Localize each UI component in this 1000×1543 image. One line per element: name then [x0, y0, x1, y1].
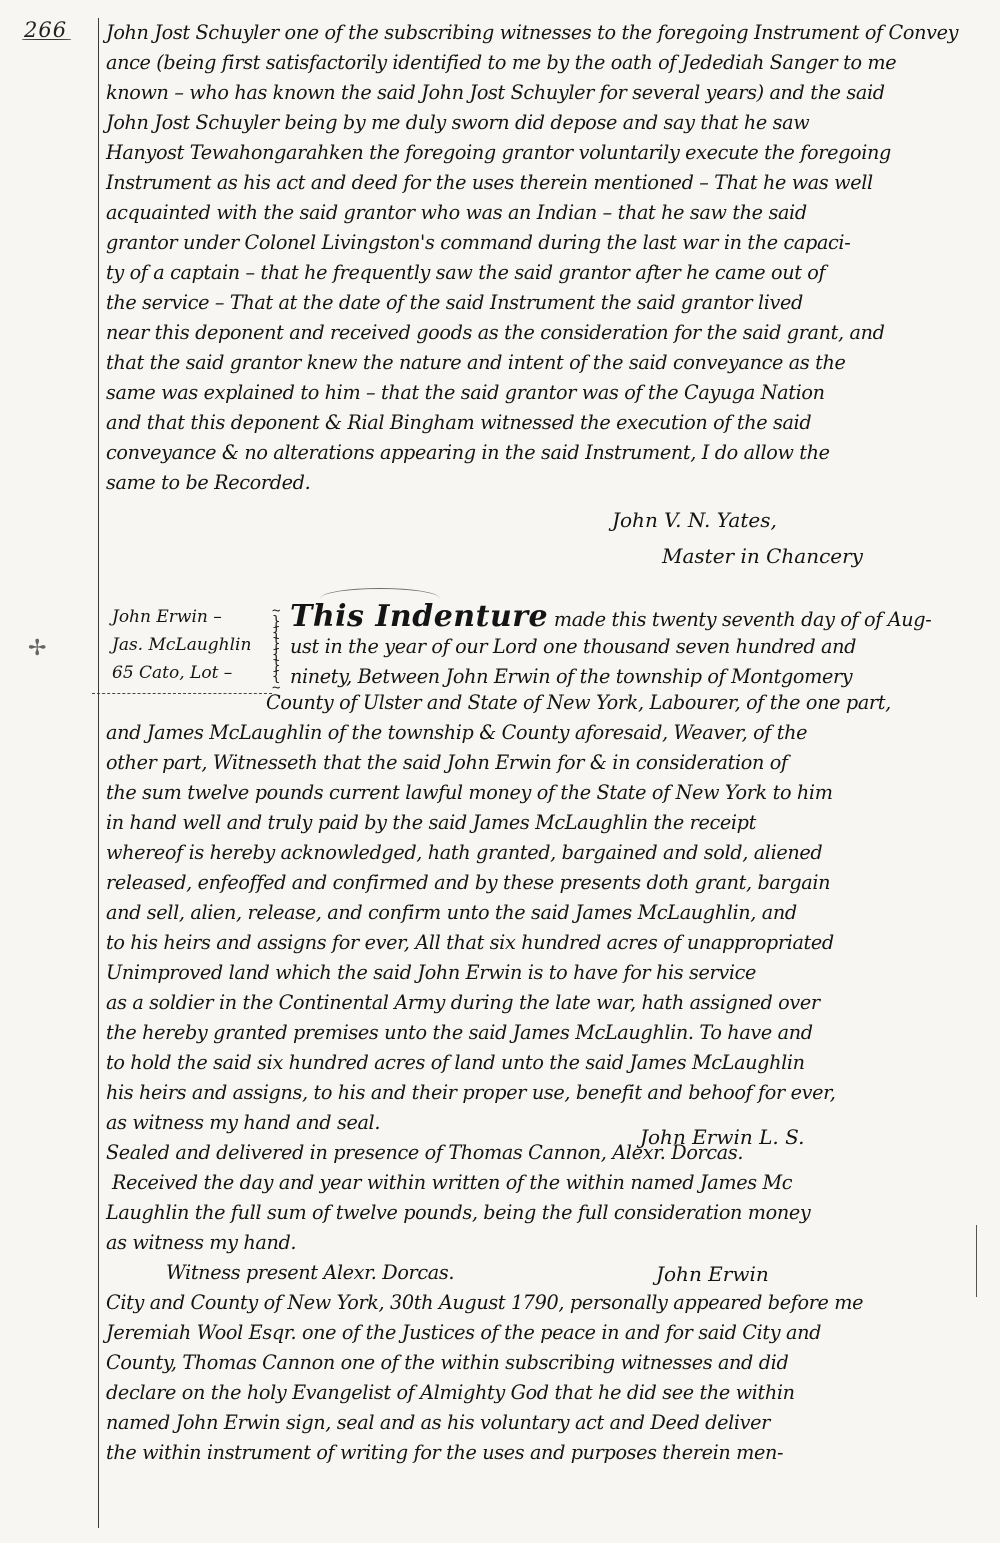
- marginal-line: Jas. McLaughlin: [112, 631, 262, 659]
- text-line: City and County of New York, 30th August…: [106, 1288, 976, 1318]
- signature-yates: John V. N. Yates,: [612, 508, 777, 532]
- text-line: Laughlin the full sum of twelve pounds, …: [106, 1198, 976, 1228]
- text-line: County of Ulster and State of New York, …: [106, 688, 976, 718]
- text-line: released, enfeoffed and confirmed and by…: [106, 868, 976, 898]
- text-line: as witness my hand and seal.: [106, 1108, 976, 1138]
- indenture-opening: This Indenture made this twenty seventh …: [290, 602, 980, 692]
- indenture-body: County of Ulster and State of New York, …: [106, 688, 976, 1468]
- marginal-note: John Erwin – Jas. McLaughlin 65 Cato, Lo…: [112, 603, 262, 687]
- text-line: the within instrument of writing for the…: [106, 1438, 976, 1468]
- text-fragment: made this twenty seventh day of of Aug-: [554, 608, 931, 631]
- text-line: the hereby granted premises unto the sai…: [106, 1018, 976, 1048]
- right-margin-mark: [976, 1225, 977, 1297]
- left-margin-rule: [98, 18, 99, 1528]
- affidavit-paragraph: John Jost Schuyler one of the subscribin…: [106, 18, 976, 498]
- text-line: declare on the holy Evangelist of Almigh…: [106, 1378, 976, 1408]
- text-line: whereof is hereby acknowledged, hath gra…: [106, 838, 976, 868]
- document-page: 266 John Jost Schuyler one of the subscr…: [0, 0, 1000, 1543]
- text-line: grantor under Colonel Livingston's comma…: [106, 228, 976, 258]
- text-line: named John Erwin sign, seal and as his v…: [106, 1408, 976, 1438]
- text-line: and that this deponent & Rial Bingham wi…: [106, 408, 976, 438]
- text-line: Sealed and delivered in presence of Thom…: [106, 1138, 976, 1168]
- text-line: as witness my hand.: [106, 1228, 976, 1258]
- text-line: near this deponent and received goods as…: [106, 318, 976, 348]
- text-line: This Indenture made this twenty seventh …: [290, 602, 980, 632]
- signature-erwin-seal: John Erwin L. S.: [640, 1125, 804, 1149]
- marginal-line: John Erwin –: [112, 603, 262, 631]
- text-line: ance (being first satisfactorily identif…: [106, 48, 976, 78]
- text-line: and James McLaughlin of the township & C…: [106, 718, 976, 748]
- text-line: same was explained to him – that the sai…: [106, 378, 976, 408]
- text-line: ty of a captain – that he frequently saw…: [106, 258, 976, 288]
- text-line: conveyance & no alterations appearing in…: [106, 438, 976, 468]
- text-line: John Jost Schuyler one of the subscribin…: [106, 18, 976, 48]
- text-line: in hand well and truly paid by the said …: [106, 808, 976, 838]
- cross-mark-icon: ✢: [28, 636, 46, 661]
- text-line: the service – That at the date of the sa…: [106, 288, 976, 318]
- text-line: County, Thomas Cannon one of the within …: [106, 1348, 976, 1378]
- text-line: Received the day and year within written…: [106, 1168, 976, 1198]
- brace-icon: ~}{}{}{~: [272, 606, 282, 698]
- text-line: his heirs and assigns, to his and their …: [106, 1078, 976, 1108]
- text-line: ust in the year of our Lord one thousand…: [290, 632, 980, 662]
- text-line: as a soldier in the Continental Army dur…: [106, 988, 976, 1018]
- signature-erwin: John Erwin: [656, 1262, 769, 1286]
- text-line: same to be Recorded.: [106, 468, 976, 498]
- text-line: that the said grantor knew the nature an…: [106, 348, 976, 378]
- text-line: Instrument as his act and deed for the u…: [106, 168, 976, 198]
- text-line: Unimproved land which the said John Erwi…: [106, 958, 976, 988]
- text-line: other part, Witnesseth that the said Joh…: [106, 748, 976, 778]
- text-line: Jeremiah Wool Esqr. one of the Justices …: [106, 1318, 976, 1348]
- text-line: Witness present Alexr. Dorcas.: [106, 1258, 976, 1288]
- indenture-title: This Indenture: [290, 599, 548, 634]
- text-line: the sum twelve pounds current lawful mon…: [106, 778, 976, 808]
- text-line: known – who has known the said John Jost…: [106, 78, 976, 108]
- text-line: acquainted with the said grantor who was…: [106, 198, 976, 228]
- signature-title: Master in Chancery: [662, 544, 863, 568]
- text-line: Hanyost Tewahongarahken the foregoing gr…: [106, 138, 976, 168]
- text-line: to his heirs and assigns for ever, All t…: [106, 928, 976, 958]
- marginal-line: 65 Cato, Lot –: [112, 659, 262, 687]
- text-line: to hold the said six hundred acres of la…: [106, 1048, 976, 1078]
- text-line: John Jost Schuyler being by me duly swor…: [106, 108, 976, 138]
- text-line: and sell, alien, release, and confirm un…: [106, 898, 976, 928]
- page-number: 266: [24, 18, 67, 42]
